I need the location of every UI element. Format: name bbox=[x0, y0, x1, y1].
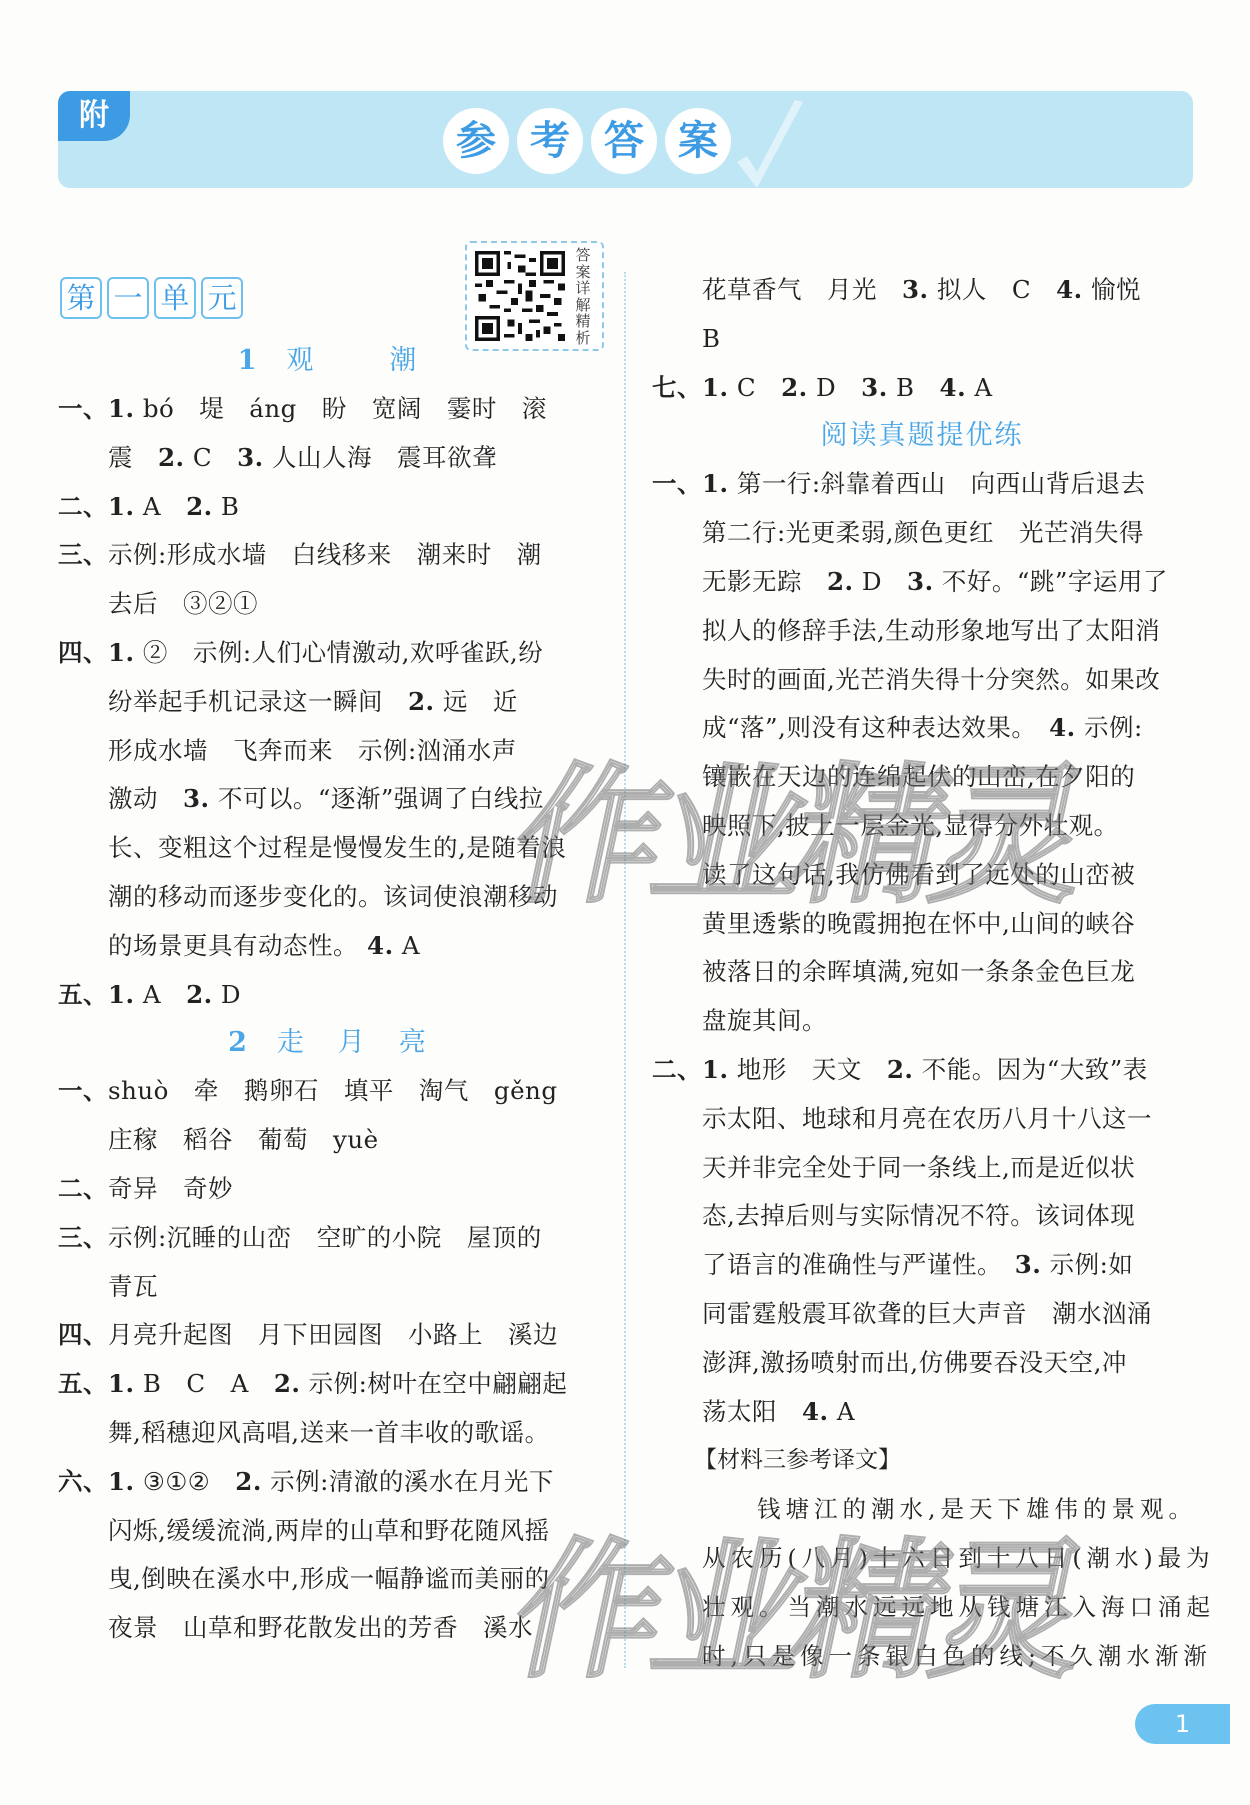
answer-line: B bbox=[652, 315, 1192, 364]
answer-line: 青瓦 bbox=[58, 1263, 598, 1312]
answer-line: 形成水墙 飞奔而来 示例:汹涌水声 bbox=[58, 727, 598, 776]
answer-line: 去后 ③②① bbox=[58, 580, 598, 629]
section-title-reading: 阅读真题提优练 bbox=[652, 412, 1192, 460]
qr-code-icon[interactable] bbox=[475, 251, 565, 341]
left-column: 1观潮 一、1. bó 堤 áng 盼 宽阔 霎时 滚 震 2. C 3. 人山… bbox=[58, 337, 598, 1653]
answer-line: 五、1. A 2. D bbox=[58, 971, 598, 1020]
qr-caption: 答案详解精析 bbox=[571, 247, 595, 346]
answer-line: 第二行:光更柔弱,颜色更红 光芒消失得 bbox=[652, 509, 1192, 558]
answer-line: 纷举起手机记录这一瞬间 2. 远 近 bbox=[58, 678, 598, 727]
answer-line: 夜景 山草和野花散发出的芳香 溪水 bbox=[58, 1604, 598, 1653]
answer-line: 拟人的修辞手法,生动形象地写出了太阳消 bbox=[652, 607, 1192, 656]
answer-line: 盘旋其间。 bbox=[652, 997, 1192, 1046]
answer-line: 被落日的余晖填满,宛如一条条金色巨龙 bbox=[652, 948, 1192, 997]
answer-line: 四、1. ② 示例:人们心情激动,欢呼雀跃,纷 bbox=[58, 629, 598, 678]
answer-line: 六、1. ③①② 2. 示例:清澈的溪水在月光下 bbox=[58, 1458, 598, 1507]
answer-line: 态,去掉后则与实际情况不符。该词体现 bbox=[652, 1192, 1192, 1241]
answer-line: 了语言的准确性与严谨性。 3. 示例:如 bbox=[652, 1241, 1192, 1290]
answer-line: 成“落”,则没有这种表达效果。 4. 示例: bbox=[652, 704, 1192, 753]
checkmark-icon bbox=[735, 100, 805, 190]
translation-line: 时,只是像一条银白色的线;不久潮水渐渐 bbox=[652, 1632, 1192, 1681]
answer-line: 映照下,披上一层金光,显得分外壮观。 bbox=[652, 802, 1192, 851]
translation-line: 钱塘江的潮水,是天下雄伟的景观。 bbox=[652, 1485, 1192, 1534]
answer-line: 潮的移动而逐步变化的。该词使浪潮移动 bbox=[58, 873, 598, 922]
answer-line: 一、shuò 牵 鹅卵石 填平 淘气 gěng bbox=[58, 1067, 598, 1116]
answer-line: 舞,稻穗迎风高唱,送来一首丰收的歌谣。 bbox=[58, 1409, 598, 1458]
answer-line: 三、示例:沉睡的山峦 空旷的小院 屋顶的 bbox=[58, 1214, 598, 1263]
unit-label: 第 一 单 元 bbox=[60, 277, 243, 319]
answer-line: 花草香气 月光 3. 拟人 C 4. 愉悦 bbox=[652, 266, 1192, 315]
answer-line: 长、变粗这个过程是慢慢发生的,是随着浪 bbox=[58, 824, 598, 873]
answer-line: 镶嵌在天边的连绵起伏的山峦,在夕阳的 bbox=[652, 753, 1192, 802]
answer-line: 无影无踪 2. D 3. 不好。“跳”字运用了 bbox=[652, 558, 1192, 607]
section-title-2: 2走月亮 bbox=[58, 1019, 598, 1067]
title-char: 参 bbox=[443, 108, 509, 174]
page-number: 1 bbox=[1135, 1704, 1230, 1744]
unit-char: 第 bbox=[60, 277, 102, 319]
answer-line: 七、1. C 2. D 3. B 4. A bbox=[652, 364, 1192, 413]
answer-line: 读了这句话,我仿佛看到了远处的山峦被 bbox=[652, 851, 1192, 900]
page-title: 参 考 答 案 bbox=[443, 108, 731, 174]
answer-line: 曳,倒映在溪水中,形成一幅静谧而美丽的 bbox=[58, 1555, 598, 1604]
answer-line: 失时的画面,光芒消失得十分突然。如果改 bbox=[652, 656, 1192, 705]
appendix-tab: 附 bbox=[58, 91, 130, 141]
answer-line: 黄里透紫的晚霞拥抱在怀中,山间的峡谷 bbox=[652, 900, 1192, 949]
unit-char: 单 bbox=[154, 277, 196, 319]
translation-heading: 【材料三参考译文】 bbox=[652, 1436, 1192, 1485]
answer-line: 闪烁,缓缓流淌,两岸的山草和野花随风摇 bbox=[58, 1507, 598, 1556]
answer-line: 三、示例:形成水墙 白线移来 潮来时 潮 bbox=[58, 531, 598, 580]
answer-line: 天并非完全处于同一条线上,而是近似状 bbox=[652, 1144, 1192, 1193]
answer-line: 一、1. 第一行:斜靠着西山 向西山背后退去 bbox=[652, 460, 1192, 509]
right-column: 花草香气 月光 3. 拟人 C 4. 愉悦 B 七、1. C 2. D 3. B… bbox=[652, 266, 1192, 1680]
answer-line: 澎湃,激扬喷射而出,仿佛要吞没天空,冲 bbox=[652, 1339, 1192, 1388]
answer-line: 五、1. B C A 2. 示例:树叶在空中翩翩起 bbox=[58, 1360, 598, 1409]
unit-char: 元 bbox=[201, 277, 243, 319]
answer-line: 二、奇异 奇妙 bbox=[58, 1165, 598, 1214]
title-char: 考 bbox=[517, 108, 583, 174]
translation-line: 从农历(八月)十六日到十八日(潮水)最为 bbox=[652, 1534, 1192, 1583]
title-char: 案 bbox=[665, 108, 731, 174]
title-char: 答 bbox=[591, 108, 657, 174]
answer-line: 荡太阳 4. A bbox=[652, 1388, 1192, 1437]
answer-line: 庄稼 稻谷 葡萄 yuè bbox=[58, 1116, 598, 1165]
answer-line: 激动 3. 不可以。“逐渐”强调了白线拉 bbox=[58, 775, 598, 824]
answer-line: 四、月亮升起图 月下田园图 小路上 溪边 bbox=[58, 1311, 598, 1360]
section-title-1: 1观潮 bbox=[58, 337, 598, 385]
answer-line: 二、1. 地形 天文 2. 不能。因为“大致”表 bbox=[652, 1046, 1192, 1095]
unit-char: 一 bbox=[107, 277, 149, 319]
answer-line: 同雷霆般震耳欲聋的巨大声音 潮水汹涌 bbox=[652, 1290, 1192, 1339]
qr-code-box[interactable]: 答案详解精析 bbox=[465, 241, 604, 351]
answer-line: 震 2. C 3. 人山人海 震耳欲聋 bbox=[58, 434, 598, 483]
answer-line: 的场景更具有动态性。 4. A bbox=[58, 922, 598, 971]
translation-line: 壮观。当潮水远远地从钱塘江入海口涌起 bbox=[652, 1583, 1192, 1632]
answer-line: 一、1. bó 堤 áng 盼 宽阔 霎时 滚 bbox=[58, 385, 598, 434]
answer-line: 二、1. A 2. B bbox=[58, 483, 598, 532]
column-divider bbox=[624, 272, 626, 1668]
answer-line: 示太阳、地球和月亮在农历八月十八这一 bbox=[652, 1095, 1192, 1144]
